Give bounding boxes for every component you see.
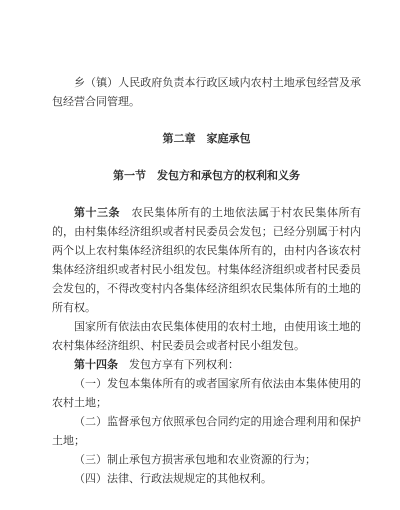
document-content: 乡（镇）人民政府负责本行政区域内农村土地承包经营及承包经营合同管理。 第二章 家…	[52, 74, 361, 489]
document-page: 乡（镇）人民政府负责本行政区域内农村土地承包经营及承包经营合同管理。 第二章 家…	[0, 0, 400, 510]
section-heading: 第一节 发包方和承包方的权利和义务	[52, 167, 361, 186]
article-14-item-3: （三）制止承包方损害承包地和农业资源的行为；	[52, 451, 361, 470]
article-14-number: 第十四条	[74, 359, 118, 371]
article-14-lead-text: 发包方享有下列权利：	[118, 359, 239, 371]
article-13-paragraph-2: 国家所有依法由农民集体使用的农村土地，由使用该土地的农村集体经济组织、村民委员会…	[52, 318, 361, 356]
article-14-lead: 第十四条 发包方享有下列权利：	[52, 356, 361, 375]
article-13-number: 第十三条	[74, 207, 120, 219]
chapter-heading: 第二章 家庭承包	[52, 130, 361, 149]
article-13-paragraph-1: 第十三条 农民集体所有的土地依法属于村农民集体所有的，由村集体经济组织或者村民委…	[52, 204, 361, 318]
article-14-item-4: （四）法律、行政法规规定的其他权利。	[52, 470, 361, 489]
intro-paragraph: 乡（镇）人民政府负责本行政区域内农村土地承包经营及承包经营合同管理。	[52, 74, 361, 112]
article-13-body: 农民集体所有的土地依法属于村农民集体所有的，由村集体经济组织或者村民委员会发包；…	[52, 207, 361, 314]
article-14-item-1: （一）发包本集体所有的或者国家所有依法由本集体使用的农村土地；	[52, 375, 361, 413]
article-14-item-2: （二）监督承包方依照承包合同约定的用途合理利用和保护土地；	[52, 413, 361, 451]
